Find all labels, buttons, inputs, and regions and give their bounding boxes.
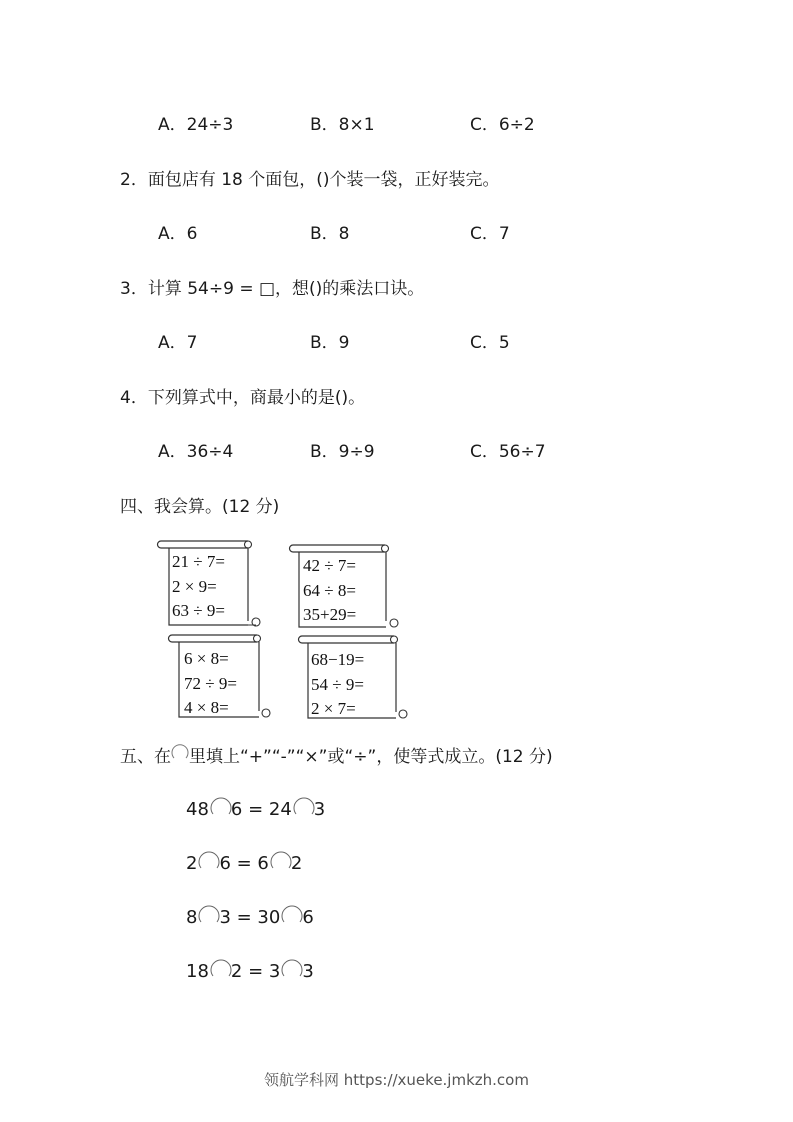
- scroll-3-expr-1: 6 × 8=: [184, 647, 229, 671]
- section-5-heading-pre: 五、在: [120, 747, 171, 767]
- equation-2-right: 2: [291, 852, 302, 876]
- equation-row-4: 18 2 = 3 3: [186, 960, 314, 984]
- q1-option-a: A．24÷3: [158, 114, 233, 136]
- q3-option-c: C．5: [470, 332, 510, 354]
- equation-2-middle: 6 = 6: [219, 852, 268, 876]
- equation-1-left: 48: [186, 798, 209, 822]
- q1-option-c: C．6÷2: [470, 114, 535, 136]
- section-5-heading: 五、在里填上“+”“-”“×”或“÷”，使等式成立。(12 分): [120, 746, 553, 768]
- equation-1-middle: 6 = 24: [231, 798, 292, 822]
- q4-option-c: C．56÷7: [470, 441, 546, 463]
- question-3-text: 3．计算 54÷9 = □，想()的乘法口诀。: [120, 278, 424, 300]
- equation-4-right: 3: [302, 960, 313, 984]
- scroll-1-expr-2: 2 × 9=: [172, 575, 217, 599]
- scroll-1-expr-3: 63 ÷ 9=: [172, 599, 225, 623]
- q2-option-b: B．8: [310, 223, 349, 245]
- q2-option-a: A．6: [158, 223, 197, 245]
- question-2-text: 2．面包店有 18 个面包，()个装一袋，正好装完。: [120, 169, 500, 191]
- scroll-4-expr-2: 54 ÷ 9=: [311, 673, 364, 697]
- answer-circle-input[interactable]: [210, 962, 230, 984]
- scroll-2-expr-1: 42 ÷ 7=: [303, 554, 356, 578]
- scroll-2-expr-2: 64 ÷ 8=: [303, 579, 356, 603]
- scroll-card-4: 68−19= 54 ÷ 9= 2 × 7=: [297, 634, 411, 724]
- q4-option-b: B．9÷9: [310, 441, 375, 463]
- q4-option-a: A．36÷4: [158, 441, 233, 463]
- equation-3-left: 8: [186, 906, 197, 930]
- equation-1-right: 3: [314, 798, 325, 822]
- section-4-heading: 四、我会算。(12 分): [120, 496, 279, 518]
- q1-option-b: B．8×1: [310, 114, 375, 136]
- equation-2-left: 2: [186, 852, 197, 876]
- scroll-4-expr-1: 68−19=: [311, 648, 364, 672]
- equation-row-2: 2 6 = 6 2: [186, 852, 302, 876]
- scroll-3-expr-2: 72 ÷ 9=: [184, 672, 237, 696]
- scroll-card-1: 21 ÷ 7= 2 × 9= 63 ÷ 9=: [156, 539, 262, 633]
- scroll-card-2: 42 ÷ 7= 64 ÷ 8= 35+29=: [288, 543, 402, 633]
- q2-option-c: C．7: [470, 223, 510, 245]
- answer-circle-input[interactable]: [270, 854, 290, 876]
- answer-circle-input[interactable]: [198, 908, 218, 930]
- question-4-text: 4．下列算式中，商最小的是()。: [120, 387, 365, 409]
- scroll-card-3: 6 × 8= 72 ÷ 9= 4 × 8=: [167, 633, 273, 723]
- section-5-heading-post: 里填上“+”“-”“×”或“÷”，使等式成立。(12 分): [189, 747, 553, 767]
- scroll-3-expr-3: 4 × 8=: [184, 696, 229, 720]
- answer-circle-input[interactable]: [281, 908, 301, 930]
- q3-option-a: A．7: [158, 332, 197, 354]
- answer-circle-input[interactable]: [198, 854, 218, 876]
- q3-option-b: B．9: [310, 332, 349, 354]
- equation-3-middle: 3 = 30: [219, 906, 280, 930]
- equation-row-3: 8 3 = 30 6: [186, 906, 314, 930]
- equation-4-left: 18: [186, 960, 209, 984]
- answer-circle-input[interactable]: [210, 800, 230, 822]
- equation-3-right: 6: [302, 906, 313, 930]
- scroll-1-expr-1: 21 ÷ 7=: [172, 550, 225, 574]
- scroll-2-expr-3: 35+29=: [303, 603, 356, 627]
- footer-watermark: 领航学科网 https://xueke.jmkzh.com: [0, 1070, 793, 1090]
- answer-circle-input[interactable]: [293, 800, 313, 822]
- blank-circle-icon: [171, 746, 189, 764]
- scroll-4-expr-3: 2 × 7=: [311, 697, 356, 721]
- equation-4-middle: 2 = 3: [231, 960, 280, 984]
- equation-row-1: 48 6 = 24 3: [186, 798, 325, 822]
- answer-circle-input[interactable]: [281, 962, 301, 984]
